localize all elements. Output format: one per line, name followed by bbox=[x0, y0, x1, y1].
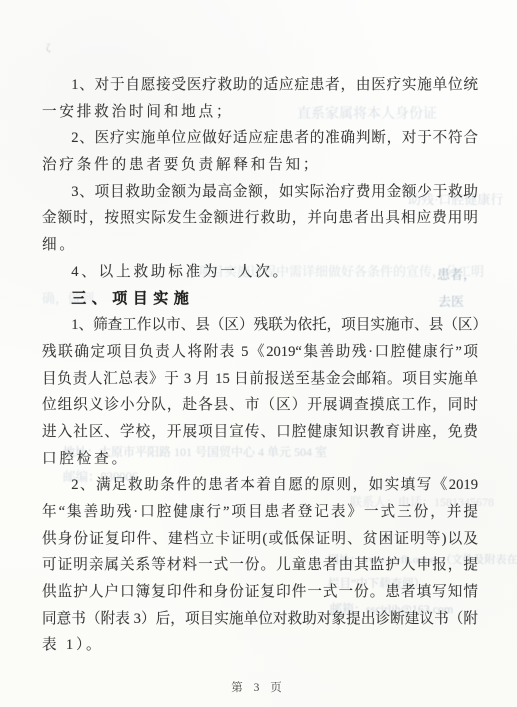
document-body-text: 1、对于自愿接受医疗救助的适应症患者，由医疗实施单位统一安排救治时间和地点；2、… bbox=[42, 72, 478, 659]
text-line: 2、医疗实施单位应做好适应症患者的准确判断，对于不符合 bbox=[42, 125, 478, 152]
text-line: 目负责人汇总表》于 3 月 15 日前报送至基金会邮箱。项目实施单 bbox=[42, 366, 478, 393]
text-line: 供身份证复印件、建档立卡证明(或低保证明、贫困证明等)以及 bbox=[42, 526, 478, 553]
text-line: 供监护人户口簿复印件和身份证复印件一式一份。患者填写知情 bbox=[42, 579, 478, 606]
bleed-through-fragment: ζ bbox=[46, 42, 51, 54]
text-line: 金额时，按照实际发生金额进行救助，并向患者出具相应费用明 bbox=[42, 205, 478, 232]
text-line: 4、以上救助标准为一人次。 bbox=[42, 259, 478, 286]
scanned-document-page: ζ直系家属将本人身份证助残·口腔健康行项目实施过程中需详细做好各条件的宣传，分工… bbox=[0, 0, 517, 707]
text-line: 一安排救治时间和地点； bbox=[42, 99, 478, 126]
text-line: 可证明亲属关系等材料一式一份。儿童患者由其监护人申报，提 bbox=[42, 552, 478, 579]
page-number: 第 3 页 bbox=[0, 679, 517, 695]
text-line: 位组织义诊小分队，赴各县、市（区）开展调查摸底工作，同时 bbox=[42, 392, 478, 419]
text-line: 进入社区、学校，开展项目宣传、口腔健康知识教育讲座，免费 bbox=[42, 419, 478, 446]
text-line: 同意书（附表 3）后，项目实施单位对救助对象提出诊断建议书（附 bbox=[42, 606, 478, 633]
text-line: 3、项目救助金额为最高金额，如实际治疗费用金额少于救助 bbox=[42, 179, 478, 206]
text-line: 治疗条件的患者要负责解释和告知； bbox=[42, 152, 478, 179]
text-line: 表 1）。 bbox=[42, 632, 478, 659]
text-line: 细。 bbox=[42, 232, 478, 259]
text-line: 1、对于自愿接受医疗救助的适应症患者，由医疗实施单位统 bbox=[42, 72, 478, 99]
text-line: 2、满足救助条件的患者本着自愿的原则，如实填写《2019 bbox=[42, 472, 478, 499]
text-line: 口腔检查。 bbox=[42, 446, 478, 473]
text-line: 年“集善助残·口腔健康行”项目患者登记表》一式三份，并提 bbox=[42, 499, 478, 526]
text-line: 1、筛查工作以市、县（区）残联为依托，项目实施市、县（区） bbox=[42, 312, 478, 339]
section-heading: 三、项目实施 bbox=[42, 286, 478, 313]
text-line: 残联确定项目负责人将附表 5《2019“集善助残·口腔健康行”项 bbox=[42, 339, 478, 366]
